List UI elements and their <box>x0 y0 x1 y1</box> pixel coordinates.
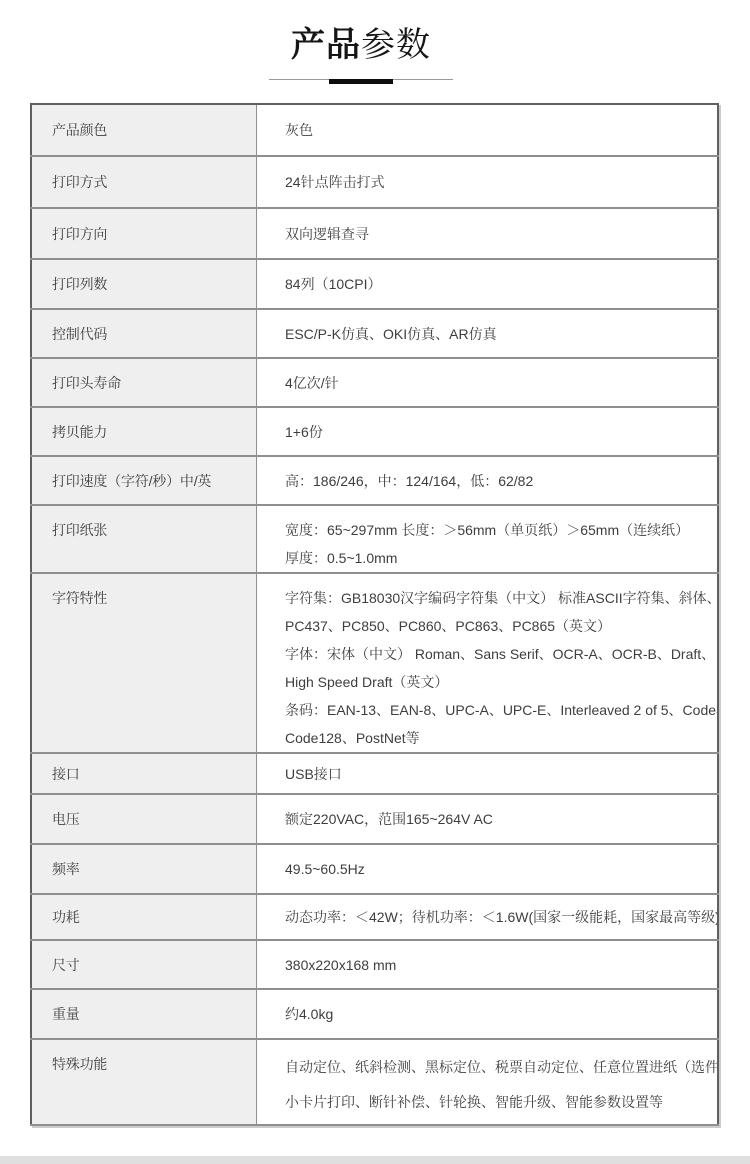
spec-value-line: 额定220VAC，范围165~264V AC <box>285 809 717 829</box>
table-row: 打印方向双向逻辑查寻 <box>31 208 718 259</box>
table-row: 打印列数84列（10CPI） <box>31 259 718 309</box>
spec-label: 接口 <box>31 753 257 794</box>
table-row: 电压额定220VAC，范围165~264V AC <box>31 794 718 844</box>
product-spec-table: 产品颜色灰色打印方式24针点阵击打式打印方向双向逻辑查寻打印列数84列（10CP… <box>30 103 719 1126</box>
table-row: 尺寸380x220x168 mm <box>31 940 718 989</box>
spec-value: 4亿次/针 <box>257 358 719 407</box>
page-title: 产品参数 <box>0 26 722 64</box>
spec-value-line: 约4.0kg <box>285 1004 717 1024</box>
spec-value: 灰色 <box>257 104 719 156</box>
spec-value-line: 动态功率：＜42W；待机功率：＜1.6W(国家一级能耗，国家最高等级) <box>285 907 717 927</box>
table-row: 功耗动态功率：＜42W；待机功率：＜1.6W(国家一级能耗，国家最高等级) <box>31 894 718 940</box>
spec-label: 尺寸 <box>31 940 257 989</box>
spec-value-line: 4亿次/针 <box>285 373 717 393</box>
spec-table-body: 产品颜色灰色打印方式24针点阵击打式打印方向双向逻辑查寻打印列数84列（10CP… <box>31 104 718 1125</box>
spec-value-line: 字符集：GB18030汉字编码字符集（中文） 标准ASCII字符集、斜体、 <box>285 584 717 612</box>
spec-label: 功耗 <box>31 894 257 940</box>
spec-value: 380x220x168 mm <box>257 940 719 989</box>
spec-value: 宽度：65~297mm 长度：＞56mm（单页纸）＞65mm（连续纸）厚度：0.… <box>257 505 719 573</box>
spec-value: 约4.0kg <box>257 989 719 1039</box>
spec-value: 49.5~60.5Hz <box>257 844 719 894</box>
spec-value: 84列（10CPI） <box>257 259 719 309</box>
table-row: 字符特性字符集：GB18030汉字编码字符集（中文） 标准ASCII字符集、斜体… <box>31 573 718 753</box>
spec-value-line: High Speed Draft（英文） <box>285 668 717 696</box>
spec-label: 打印方向 <box>31 208 257 259</box>
table-row: 接口USB接口 <box>31 753 718 794</box>
spec-value: 高：186/246，中：124/164，低：62/82 <box>257 456 719 505</box>
table-row: 重量约4.0kg <box>31 989 718 1039</box>
table-row: 控制代码ESC/P-K仿真、OKI仿真、AR仿真 <box>31 309 718 358</box>
spec-value-line: 灰色 <box>285 120 717 140</box>
spec-value-line: 双向逻辑查寻 <box>285 224 717 244</box>
spec-value: 字符集：GB18030汉字编码字符集（中文） 标准ASCII字符集、斜体、PC4… <box>257 573 719 753</box>
spec-label: 频率 <box>31 844 257 894</box>
table-row: 打印头寿命4亿次/针 <box>31 358 718 407</box>
page-header: 产品参数 <box>0 26 722 86</box>
table-row: 打印方式24针点阵击打式 <box>31 156 718 208</box>
spec-value-line: 条码：EAN-13、EAN-8、UPC-A、UPC-E、Interleaved … <box>285 696 717 724</box>
spec-label: 重量 <box>31 989 257 1039</box>
spec-label: 打印速度（字符/秒）中/英 <box>31 456 257 505</box>
spec-label: 打印方式 <box>31 156 257 208</box>
spec-value-line: 84列（10CPI） <box>285 274 717 294</box>
spec-label: 打印头寿命 <box>31 358 257 407</box>
table-row: 频率49.5~60.5Hz <box>31 844 718 894</box>
spec-label: 控制代码 <box>31 309 257 358</box>
table-row: 产品颜色灰色 <box>31 104 718 156</box>
spec-value-line: 厚度：0.5~1.0mm <box>285 544 717 572</box>
spec-value-line: 高：186/246，中：124/164，低：62/82 <box>285 471 717 491</box>
spec-label: 电压 <box>31 794 257 844</box>
spec-value: ESC/P-K仿真、OKI仿真、AR仿真 <box>257 309 719 358</box>
table-row: 拷贝能力1+6份 <box>31 407 718 456</box>
page-title-bold: 产品 <box>291 26 361 64</box>
table-row: 打印纸张宽度：65~297mm 长度：＞56mm（单页纸）＞65mm（连续纸）厚… <box>31 505 718 573</box>
spec-value: 24针点阵击打式 <box>257 156 719 208</box>
spec-value-line: 1+6份 <box>285 422 717 442</box>
spec-value-line: USB接口 <box>285 764 717 784</box>
spec-label: 打印纸张 <box>31 505 257 573</box>
spec-label: 打印列数 <box>31 259 257 309</box>
spec-value: 额定220VAC，范围165~264V AC <box>257 794 719 844</box>
spec-value: 动态功率：＜42W；待机功率：＜1.6W(国家一级能耗，国家最高等级) <box>257 894 719 940</box>
spec-label: 字符特性 <box>31 573 257 753</box>
spec-value-line: 自动定位、纸斜检测、黑标定位、税票自动定位、任意位置进纸（选件）、 <box>285 1050 717 1085</box>
bottom-strip <box>0 1156 750 1164</box>
table-row: 特殊功能自动定位、纸斜检测、黑标定位、税票自动定位、任意位置进纸（选件）、小卡片… <box>31 1039 718 1125</box>
spec-value-line: 24针点阵击打式 <box>285 172 717 192</box>
title-underline-accent-bar <box>329 79 393 84</box>
table-row: 打印速度（字符/秒）中/英高：186/246，中：124/164，低：62/82 <box>31 456 718 505</box>
spec-value-line: 49.5~60.5Hz <box>285 859 717 879</box>
spec-value: 自动定位、纸斜检测、黑标定位、税票自动定位、任意位置进纸（选件）、小卡片打印、断… <box>257 1039 719 1125</box>
spec-value-line: PC437、PC850、PC860、PC863、PC865（英文） <box>285 612 717 640</box>
spec-value: 1+6份 <box>257 407 719 456</box>
spec-value-line: Code128、PostNet等 <box>285 724 717 752</box>
spec-value-line: 宽度：65~297mm 长度：＞56mm（单页纸）＞65mm（连续纸） <box>285 516 717 544</box>
spec-value-line: 字体：宋体（中文） Roman、Sans Serif、OCR-A、OCR-B、D… <box>285 640 717 668</box>
spec-value: USB接口 <box>257 753 719 794</box>
page-title-regular: 参数 <box>361 26 431 64</box>
spec-label: 产品颜色 <box>31 104 257 156</box>
spec-value-line: 380x220x168 mm <box>285 955 717 975</box>
spec-label: 特殊功能 <box>31 1039 257 1125</box>
spec-value-line: ESC/P-K仿真、OKI仿真、AR仿真 <box>285 324 717 344</box>
spec-value: 双向逻辑查寻 <box>257 208 719 259</box>
spec-value-line: 小卡片打印、断针补偿、针轮换、智能升级、智能参数设置等 <box>285 1085 717 1120</box>
spec-label: 拷贝能力 <box>31 407 257 456</box>
title-underline <box>269 79 453 86</box>
